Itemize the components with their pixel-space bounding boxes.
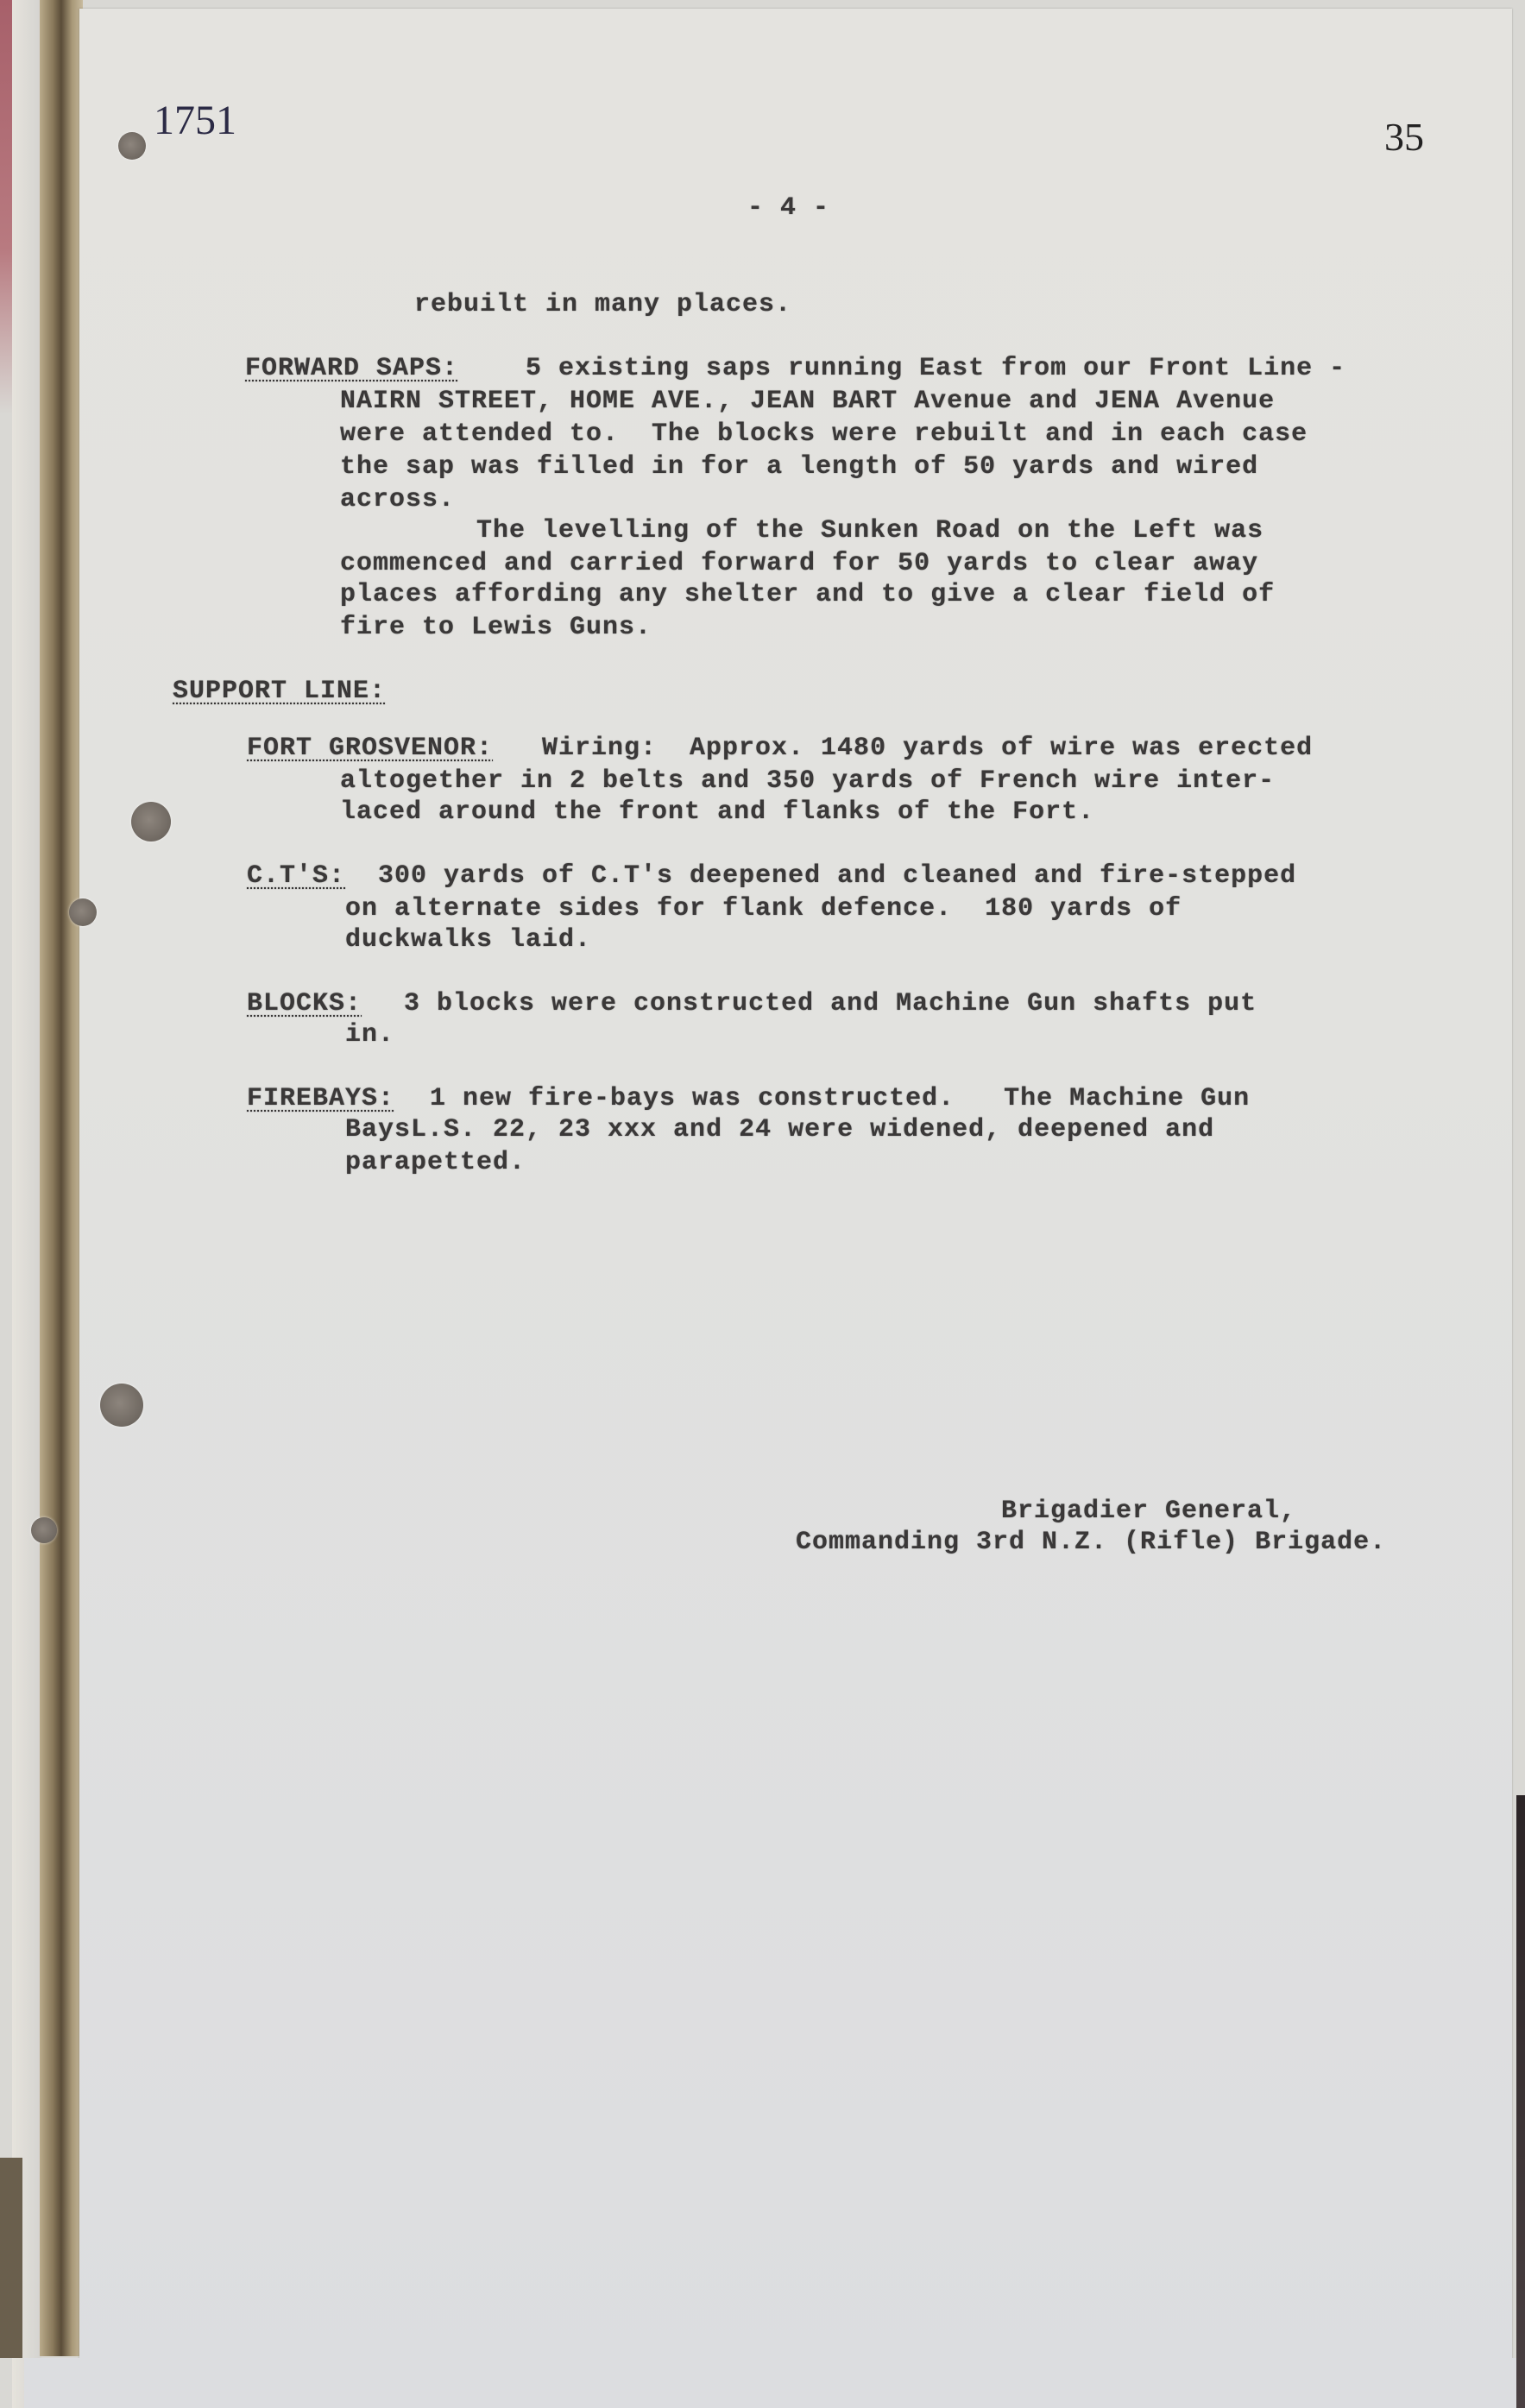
right-edge-shadow: [1516, 1795, 1525, 2408]
punch-hole: [118, 132, 146, 160]
cts-heading: C.T'S:: [247, 860, 345, 892]
punch-hole: [100, 1384, 143, 1427]
fort-grosvenor-line: Wiring: Approx. 1480 yards of wire was e…: [509, 732, 1313, 765]
punch-hole: [31, 1517, 57, 1543]
forward-saps-heading: FORWARD SAPS:: [245, 352, 458, 385]
sunken-road-line: fire to Lewis Guns.: [340, 611, 652, 644]
forward-saps-line: were attended to. The blocks were rebuil…: [340, 418, 1308, 451]
firebays-line: parapetted.: [345, 1146, 526, 1179]
blocks-line: 3 blocks were constructed and Machine Gu…: [371, 987, 1257, 1020]
punch-hole: [131, 802, 171, 842]
forward-saps-line: 5 existing saps running East from our Fr…: [509, 352, 1345, 385]
cts-line: duckwalks laid.: [345, 923, 591, 956]
forward-saps-line: across.: [340, 483, 455, 516]
fort-grosvenor-line: altogether in 2 belts and 350 yards of F…: [340, 765, 1275, 797]
firebays-line: 1 new fire-bays was constructed. The Mac…: [397, 1082, 1250, 1115]
blocks-line: in.: [345, 1018, 394, 1051]
continuation-line: rebuilt in many places.: [414, 288, 791, 321]
sunken-road-line: commenced and carried forward for 50 yar…: [340, 547, 1258, 580]
forward-saps-line: NAIRN STREET, HOME AVE., JEAN BART Avenu…: [340, 385, 1275, 418]
binder-edge-light: [12, 0, 41, 2408]
binder-edge-bottom: [0, 2158, 22, 2358]
binder-edge-red: [0, 0, 12, 414]
folio-number: 35: [1384, 114, 1424, 160]
binder-edge-tan: [40, 0, 83, 2356]
sunken-road-line: The levelling of the Sunken Road on the …: [476, 514, 1263, 547]
fort-grosvenor-line: laced around the front and flanks of the…: [340, 796, 1094, 829]
fort-grosvenor-heading: FORT GROSVENOR:: [247, 732, 493, 765]
support-line-heading: SUPPORT LINE:: [173, 675, 386, 708]
punch-hole: [69, 898, 97, 926]
forward-saps-line: the sap was filled in for a length of 50…: [340, 451, 1258, 483]
blocks-heading: BLOCKS:: [247, 987, 362, 1020]
cts-line: on alternate sides for flank defence. 18…: [345, 892, 1182, 925]
page-bottom: [24, 2358, 1525, 2408]
signature-command: Commanding 3rd N.Z. (Rifle) Brigade.: [796, 1526, 1386, 1559]
sunken-road-line: places affording any shelter and to give…: [340, 578, 1275, 611]
cts-line: 300 yards of C.T's deepened and cleaned …: [345, 860, 1296, 892]
page-marker: - 4 -: [747, 192, 829, 224]
signature-rank: Brigadier General,: [1001, 1495, 1296, 1528]
firebays-line: BaysL.S. 22, 23 xxx and 24 were widened,…: [345, 1113, 1214, 1146]
archive-number-stamp: 1751: [154, 97, 236, 144]
firebays-heading: FIREBAYS:: [247, 1082, 394, 1115]
